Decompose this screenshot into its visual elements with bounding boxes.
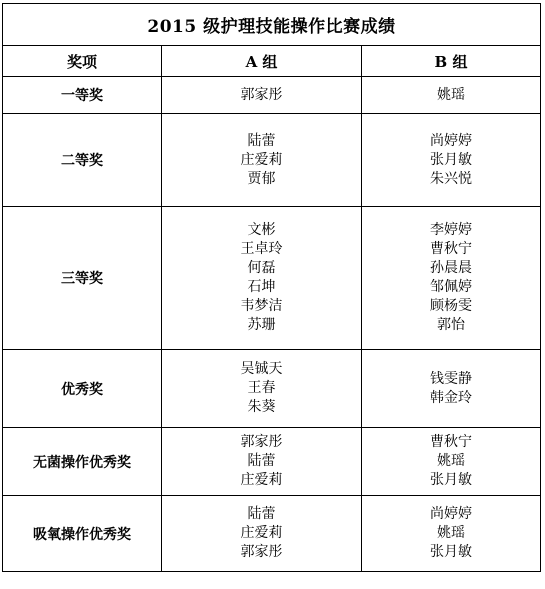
group-a-names: 郭家彤陆蕾庄爱莉 [162,428,362,496]
winner-name: 郭家彤 [162,86,361,105]
winner-name: 陆蕾 [162,452,361,471]
winner-name: 曹秋宁 [362,433,540,452]
winner-name: 尚婷婷 [362,132,540,151]
group-a-names: 吴铖天王春朱葵 [162,350,362,428]
award-row: 优秀奖吴铖天王春朱葵钱雯静韩金玲 [3,350,541,428]
group-a-names: 陆蕾庄爱莉贾郁 [162,114,362,207]
header-row: 奖项 A 组 B 组 [3,46,541,77]
winner-name: 钱雯静 [362,370,540,389]
award-label: 吸氧操作优秀奖 [3,496,162,572]
winner-name: 庄爱莉 [162,151,361,170]
winner-name: 庄爱莉 [162,524,361,543]
winner-name: 庄爱莉 [162,471,361,490]
header-award: 奖项 [3,46,162,77]
winner-name: 王春 [162,379,361,398]
award-label: 二等奖 [3,114,162,207]
winner-name: 曹秋宁 [362,240,540,259]
winner-name: 邹佩婷 [362,278,540,297]
award-label: 优秀奖 [3,350,162,428]
winner-name: 石坤 [162,278,361,297]
group-b-names: 尚婷婷张月敏朱兴悦 [362,114,541,207]
header-group-b: B 组 [362,46,541,77]
winner-name: 郭怡 [362,316,540,335]
winner-name: 朱兴悦 [362,170,540,189]
group-a-names: 陆蕾庄爱莉郭家彤 [162,496,362,572]
award-row: 三等奖文彬王卓玲何磊石坤韦梦洁苏珊李婷婷曹秋宁孙晨晨邹佩婷顾杨雯郭怡 [3,207,541,350]
winner-name: 郭家彤 [162,433,361,452]
group-b-names: 姚瑶 [362,77,541,114]
award-row: 吸氧操作优秀奖陆蕾庄爱莉郭家彤尚婷婷姚瑶张月敏 [3,496,541,572]
award-row: 无菌操作优秀奖郭家彤陆蕾庄爱莉曹秋宁姚瑶张月敏 [3,428,541,496]
table-title: 2015 级护理技能操作比赛成绩 [3,4,541,46]
award-label: 一等奖 [3,77,162,114]
winner-name: 陆蕾 [162,132,361,151]
group-b-names: 曹秋宁姚瑶张月敏 [362,428,541,496]
header-group-a: A 组 [162,46,362,77]
winner-name: 姚瑶 [362,452,540,471]
award-label: 无菌操作优秀奖 [3,428,162,496]
award-row: 一等奖郭家彤姚瑶 [3,77,541,114]
winner-name: 王卓玲 [162,240,361,259]
winner-name: 苏珊 [162,316,361,335]
group-b-names: 尚婷婷姚瑶张月敏 [362,496,541,572]
winner-name: 尚婷婷 [362,505,540,524]
winner-name: 顾杨雯 [362,297,540,316]
winner-name: 姚瑶 [362,524,540,543]
group-a-names: 郭家彤 [162,77,362,114]
winner-name: 李婷婷 [362,221,540,240]
results-table: 2015 级护理技能操作比赛成绩 奖项 A 组 B 组 一等奖郭家彤姚瑶二等奖陆… [2,3,541,572]
group-a-names: 文彬王卓玲何磊石坤韦梦洁苏珊 [162,207,362,350]
winner-name: 张月敏 [362,543,540,562]
award-row: 二等奖陆蕾庄爱莉贾郁尚婷婷张月敏朱兴悦 [3,114,541,207]
title-row: 2015 级护理技能操作比赛成绩 [3,4,541,46]
winner-name: 吴铖天 [162,360,361,379]
group-b-names: 钱雯静韩金玲 [362,350,541,428]
winner-name: 韦梦洁 [162,297,361,316]
winner-name: 郭家彤 [162,543,361,562]
winner-name: 张月敏 [362,151,540,170]
winner-name: 韩金玲 [362,389,540,408]
group-b-names: 李婷婷曹秋宁孙晨晨邹佩婷顾杨雯郭怡 [362,207,541,350]
winner-name: 陆蕾 [162,505,361,524]
winner-name: 孙晨晨 [362,259,540,278]
winner-name: 贾郁 [162,170,361,189]
winner-name: 张月敏 [362,471,540,490]
winner-name: 何磊 [162,259,361,278]
winner-name: 文彬 [162,221,361,240]
winner-name: 朱葵 [162,398,361,417]
award-label: 三等奖 [3,207,162,350]
winner-name: 姚瑶 [362,86,540,105]
